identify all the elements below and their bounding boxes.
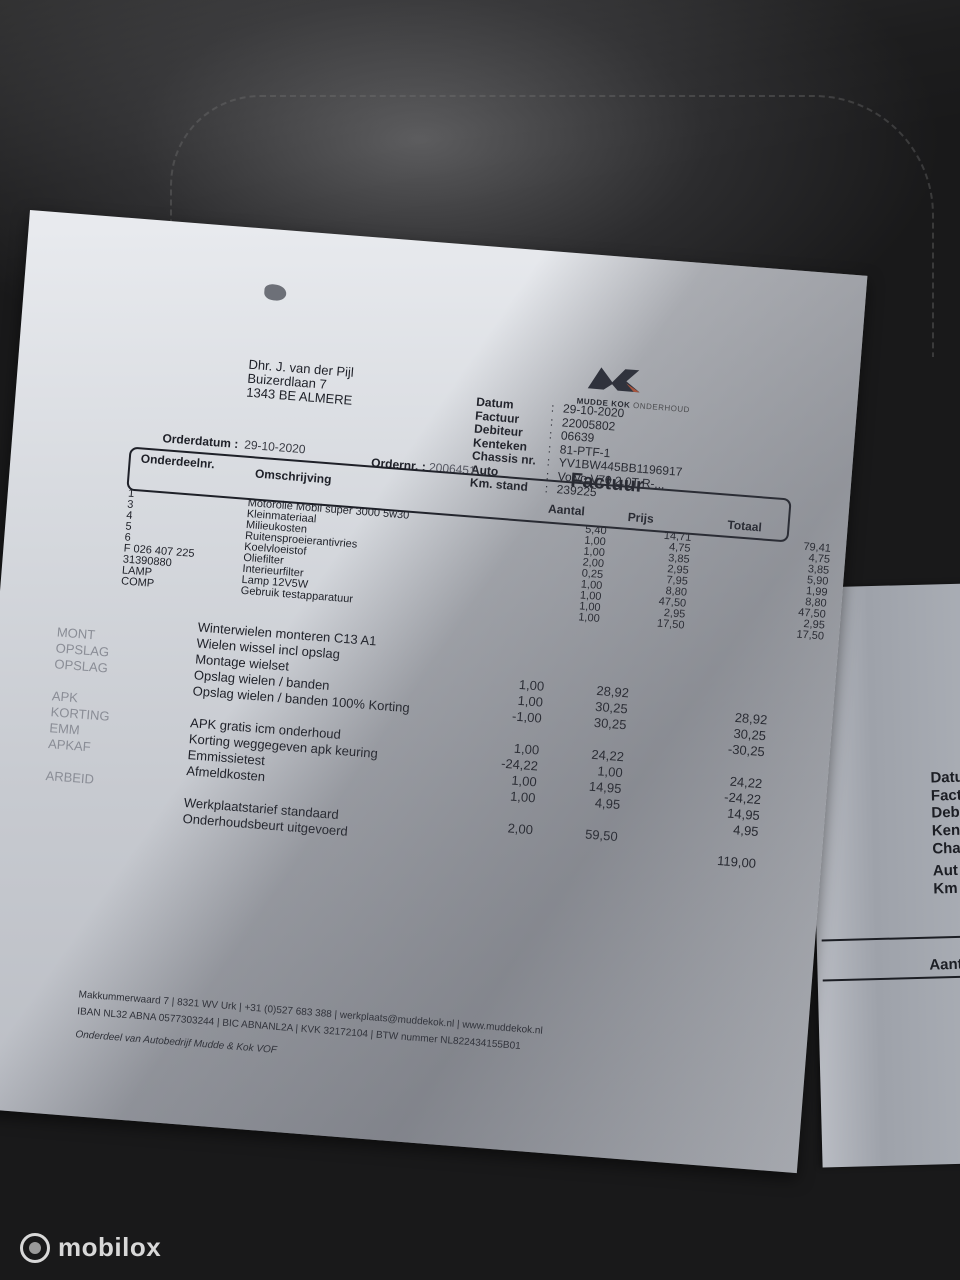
invoice-page: Dhr. J. van der Pijl Buizerdlaan 7 1343 … xyxy=(0,210,867,1173)
second-label: Ken xyxy=(932,822,960,840)
column-price: Prijs xyxy=(627,510,654,526)
second-column-header: Aant xyxy=(929,956,960,974)
second-label: Aut xyxy=(933,862,958,880)
divider xyxy=(823,974,960,981)
column-part: Onderdeelnr. xyxy=(140,451,215,471)
column-quantity: Aantal xyxy=(548,502,586,519)
watermark: mobilox xyxy=(20,1232,161,1263)
mobilox-logo-icon xyxy=(20,1233,50,1263)
second-label: Datu xyxy=(930,769,960,787)
watermark-text: mobilox xyxy=(58,1232,161,1263)
mk-logo-icon xyxy=(578,364,670,397)
second-label: Debi xyxy=(931,804,960,822)
second-label: Fact xyxy=(931,787,960,805)
second-label: Km xyxy=(933,880,958,898)
column-total: Totaal xyxy=(727,518,762,535)
divider xyxy=(822,934,960,941)
order-date-value: 29-10-2020 xyxy=(244,438,306,457)
staple-hole xyxy=(264,284,287,302)
second-label: Cha xyxy=(932,840,960,858)
column-description: Omschrijving xyxy=(254,466,332,486)
labour-lines: Winterwielen monteren C13 A1MONTWielen w… xyxy=(43,608,772,871)
order-date-label: Orderdatum : xyxy=(162,431,239,451)
customer-address: Dhr. J. van der Pijl Buizerdlaan 7 1343 … xyxy=(246,358,355,408)
company-footer: Makkummerwaard 7 | 8321 WV Urk | +31 (0)… xyxy=(75,986,544,1079)
